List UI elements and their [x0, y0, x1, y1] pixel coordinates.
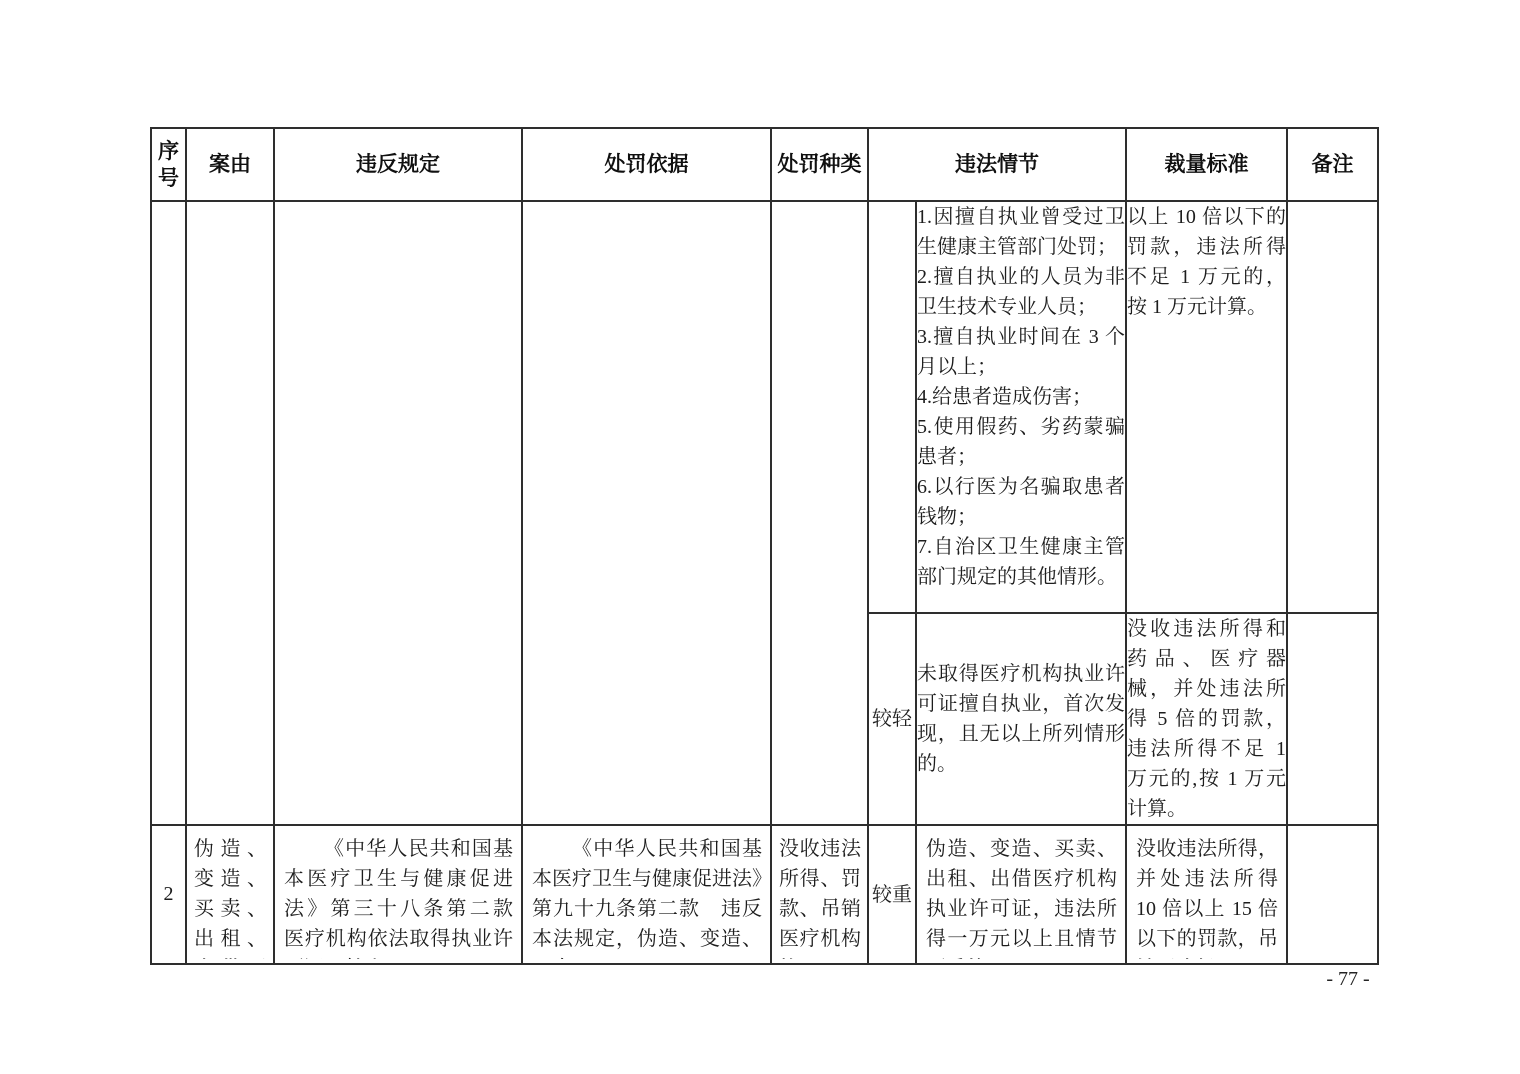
standard-top-text: 以上 10 倍以下的罚款，违法所得不足 1 万元的，按 1 万元计算。: [1127, 202, 1286, 322]
circumstance-item: 5.使用假药、劣药蒙骗患者；: [917, 412, 1125, 472]
cell-r2-no: 2: [151, 825, 186, 964]
row-2: 2 伪造、变造、买卖、出租、出借医疗机 《中华人民共和国基本医疗卫生与健康促进法…: [151, 825, 1378, 964]
cell-r2-standard: 没收违法所得，并处违法所得 10 倍以上 15 倍以下的罚款，吊销医疗机: [1126, 825, 1287, 964]
cell-r1-penalty-type-empty: [771, 201, 868, 825]
document-page: 序号 案由 违反规定 处罚依据 处罚种类 违法情节 裁量标准 备注 1.因擅自执…: [0, 0, 1520, 1074]
cell-r1-violation-empty: [274, 201, 522, 825]
table-header-row: 序号 案由 违反规定 处罚依据 处罚种类 违法情节 裁量标准 备注: [151, 128, 1378, 201]
cell-r1-standard-minor: 没收违法所得和药品、医疗器械，并处违法所得 5 倍的罚款，违法所得不足 1 万元…: [1126, 613, 1287, 825]
header-cell-no: 序号: [151, 128, 186, 201]
cell-r2-cause: 伪造、变造、买卖、出租、出借医疗机: [186, 825, 274, 964]
row-1-upper: 1.因擅自执业曾受过卫生健康主管部门处罚； 2.擅自执业的人员为非卫生技术专业人…: [151, 201, 1378, 613]
page-number: - 77 -: [1308, 966, 1388, 992]
cell-r1-basis-empty: [522, 201, 771, 825]
header-cell-basis: 处罚依据: [522, 128, 771, 201]
cell-r1-cause-empty: [186, 201, 274, 825]
circumstance-item: 6.以行医为名骗取患者钱物；: [917, 472, 1125, 532]
cell-r1-circumstance-minor: 未取得医疗机构执业许可证擅自执业，首次发现，且无以上所列情形的。: [916, 613, 1126, 825]
cause-text: 伪造、变造、买卖、出租、出借医疗机: [194, 834, 267, 959]
circumstance-item: 4.给患者造成伤害；: [917, 382, 1125, 412]
cell-r1-severity-empty: [868, 201, 916, 613]
basis-text: 《中华人民共和国基本医疗卫生与健康促进法》第九十九条第二款 违反本法规定，伪造、…: [532, 834, 762, 959]
violation-text: 《中华人民共和国基本医疗卫生与健康促进法》第三十八条第二款 医疗机构依法取得执业…: [284, 834, 513, 959]
cell-r1-severity-minor: 较轻: [868, 613, 916, 825]
cell-r1-no-empty: [151, 201, 186, 825]
cell-r1-circumstance-list: 1.因擅自执业曾受过卫生健康主管部门处罚； 2.擅自执业的人员为非卫生技术专业人…: [916, 201, 1126, 613]
circumstance-item: 3.擅自执业时间在 3 个月以上；: [917, 322, 1125, 382]
cell-r2-remark-empty: [1287, 825, 1378, 964]
header-cell-penalty-type: 处罚种类: [771, 128, 868, 201]
cell-r2-basis: 《中华人民共和国基本医疗卫生与健康促进法》第九十九条第二款 违反本法规定，伪造、…: [522, 825, 771, 964]
circumstance-item: 2.擅自执业的人员为非卫生技术专业人员；: [917, 262, 1125, 322]
header-cell-cause: 案由: [186, 128, 274, 201]
circumstance-text: 伪造、变造、买卖、出租、出借医疗机构执业许可证，违法所得一万元以上且情节严重的。: [926, 834, 1117, 959]
cell-r1-remark-empty-top: [1287, 201, 1378, 613]
standard-minor-text: 没收违法所得和药品、医疗器械，并处违法所得 5 倍的罚款，违法所得不足 1 万元…: [1127, 614, 1286, 824]
penalty-discretion-table: 序号 案由 违反规定 处罚依据 处罚种类 违法情节 裁量标准 备注 1.因擅自执…: [150, 127, 1379, 965]
cell-r1-standard-top: 以上 10 倍以下的罚款，违法所得不足 1 万元的，按 1 万元计算。: [1126, 201, 1287, 613]
header-cell-circumstances: 违法情节: [868, 128, 1126, 201]
circumstance-minor-text: 未取得医疗机构执业许可证擅自执业，首次发现，且无以上所列情形的。: [917, 659, 1125, 779]
cell-r2-severity: 较重: [868, 825, 916, 964]
cell-r1-remark-empty-bottom: [1287, 613, 1378, 825]
circumstance-item: 1.因擅自执业曾受过卫生健康主管部门处罚；: [917, 202, 1125, 262]
penalty-type-text: 没收违法所得、罚款、吊销医疗机构执: [779, 834, 861, 959]
header-cell-remark: 备注: [1287, 128, 1378, 201]
standard-text: 没收违法所得，并处违法所得 10 倍以上 15 倍以下的罚款，吊销医疗机: [1136, 834, 1278, 959]
cell-r2-penalty-type: 没收违法所得、罚款、吊销医疗机构执: [771, 825, 868, 964]
cell-r2-circumstance: 伪造、变造、买卖、出租、出借医疗机构执业许可证，违法所得一万元以上且情节严重的。: [916, 825, 1126, 964]
cell-r2-violation: 《中华人民共和国基本医疗卫生与健康促进法》第三十八条第二款 医疗机构依法取得执业…: [274, 825, 522, 964]
header-cell-violation: 违反规定: [274, 128, 522, 201]
header-cell-standard: 裁量标准: [1126, 128, 1287, 201]
circumstance-item: 7.自治区卫生健康主管部门规定的其他情形。: [917, 532, 1125, 592]
